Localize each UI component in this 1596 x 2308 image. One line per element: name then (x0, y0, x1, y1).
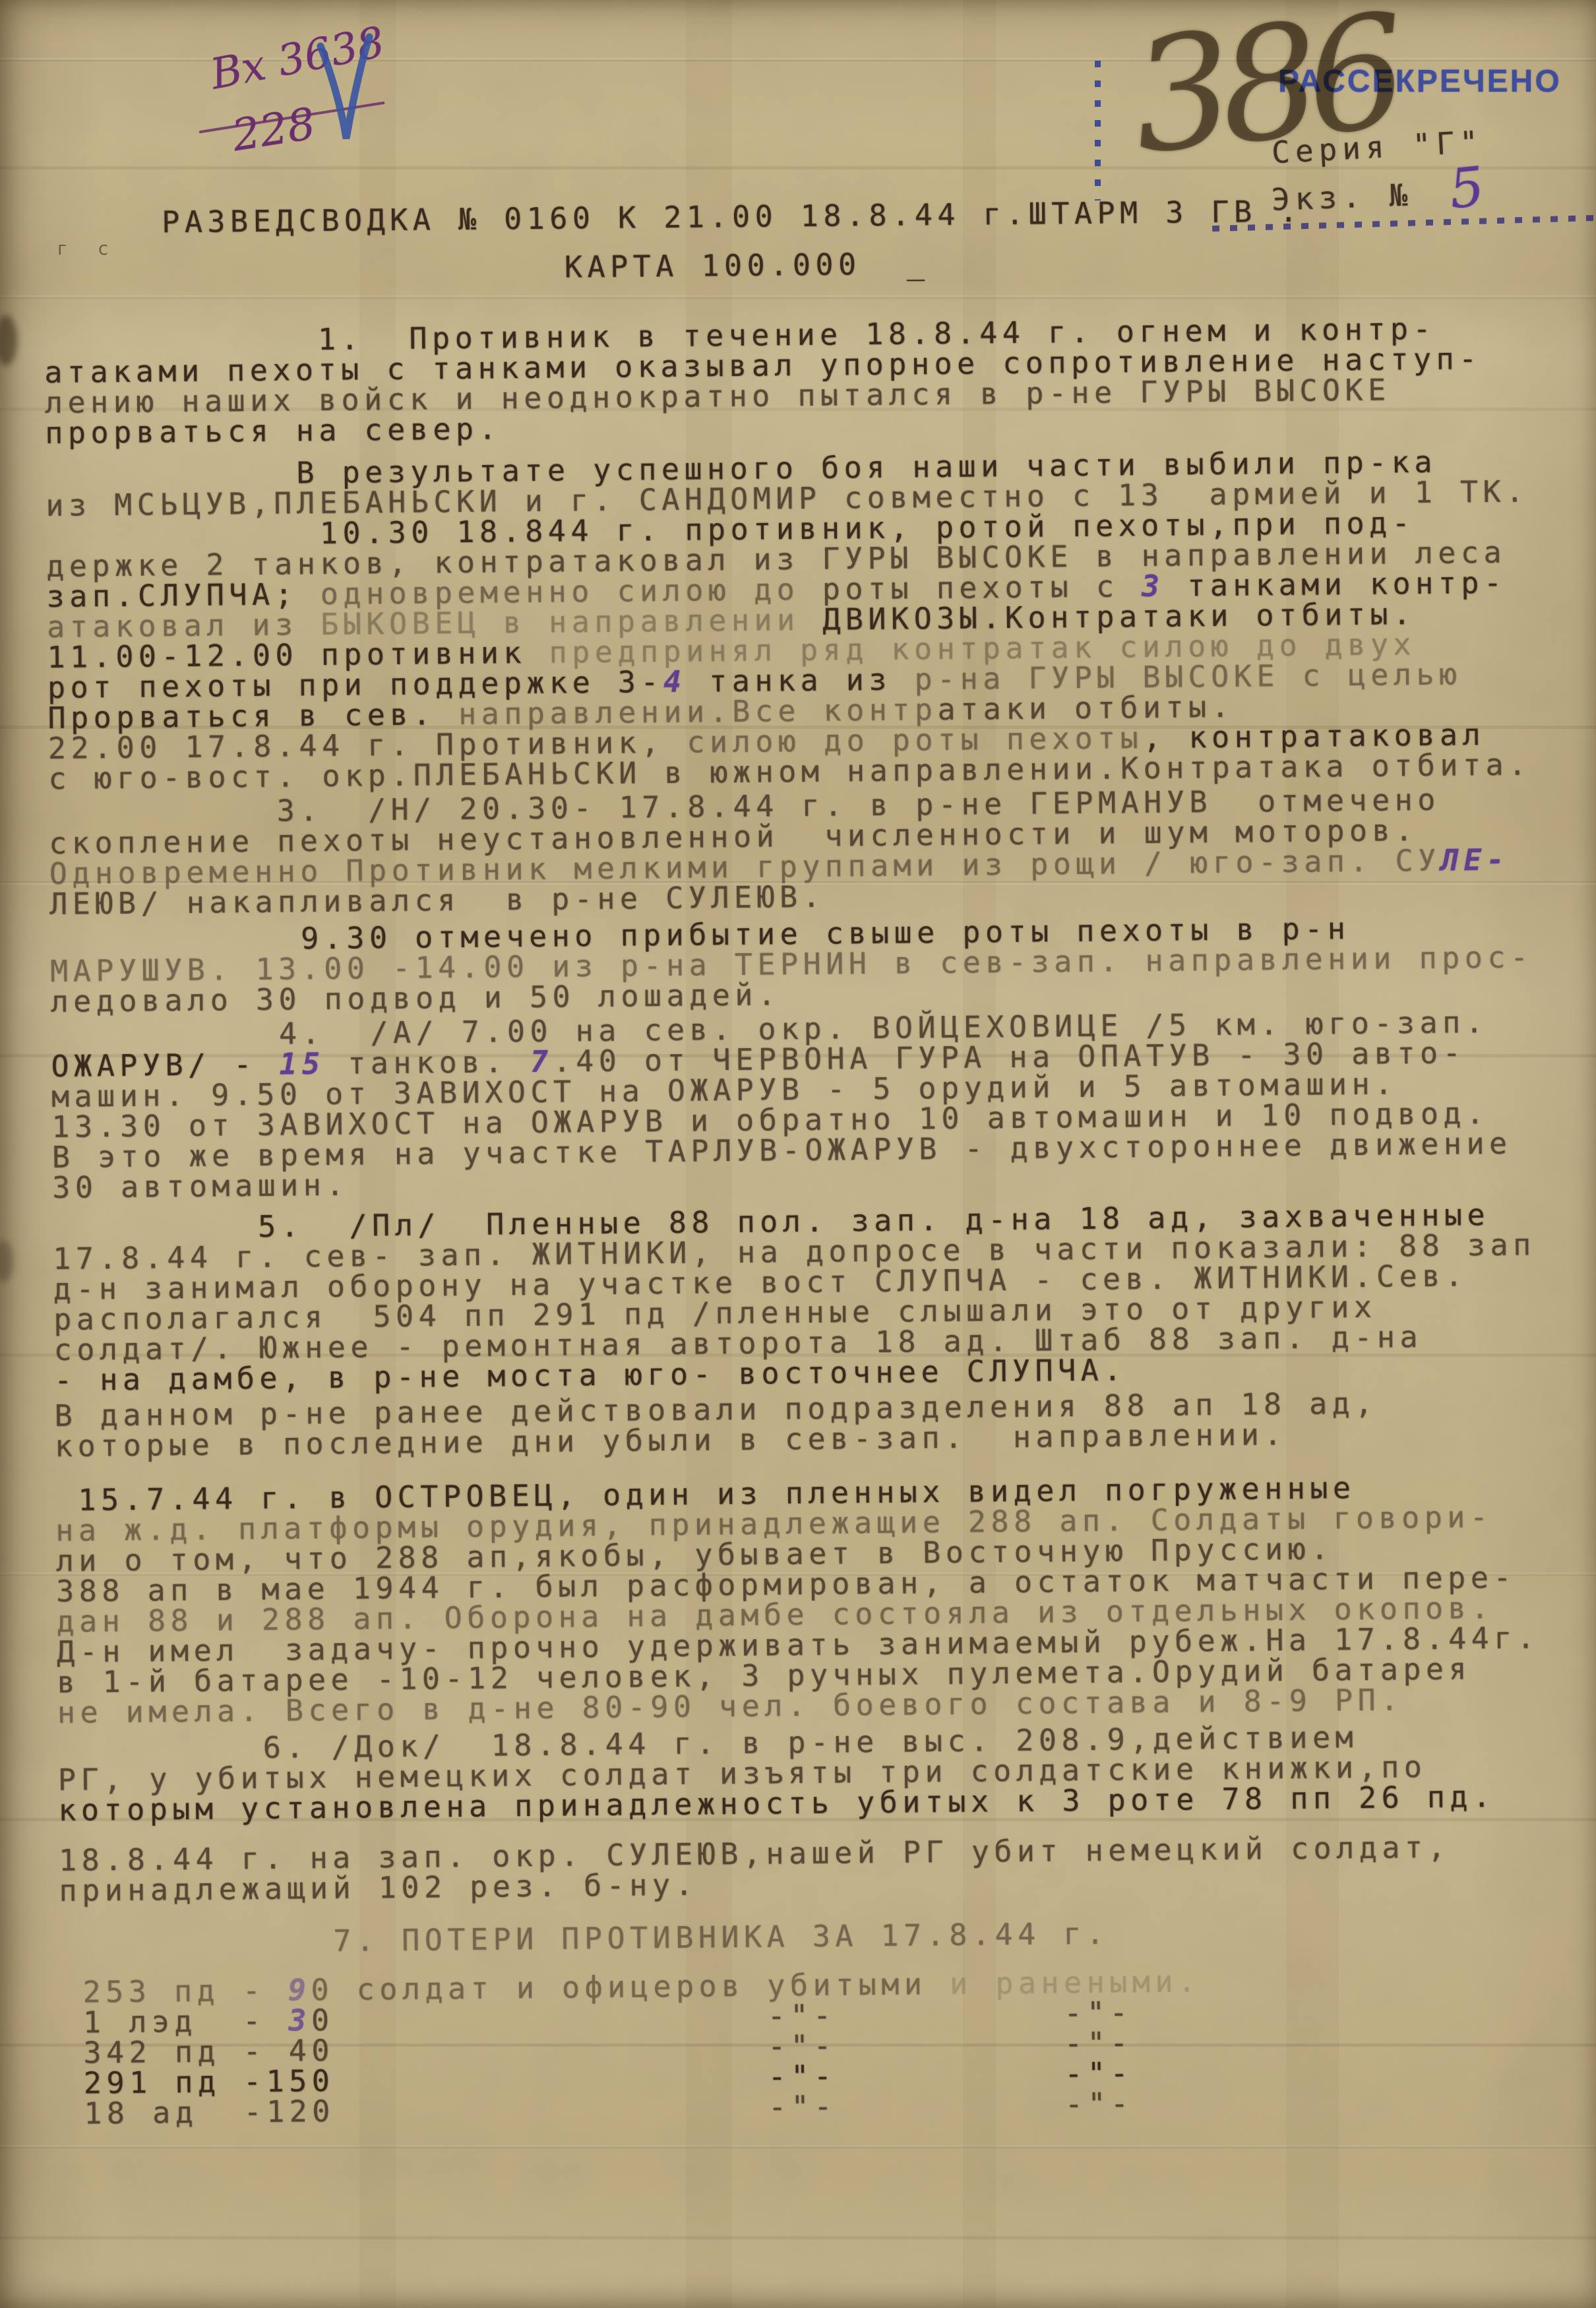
typed-content: РАЗВЕДСВОДКА № 0160 К 21.00 18.8.44 г.ШТ… (43, 194, 1596, 2129)
paper-crease (0, 2236, 1596, 2239)
paper-smudge (0, 1240, 13, 1282)
paper-smudge (0, 315, 17, 365)
paper-crease (0, 2145, 1596, 2148)
copy-number-handwriting: 5 (1446, 156, 1487, 222)
incoming-copy-handwriting: 228 (229, 98, 319, 162)
checkmark-icon (315, 32, 394, 150)
document-scan: Вх 3638 228 386 РАССЕКРЕЧЕНО Серия "Г" Э… (0, 0, 1596, 2308)
map-scale: КАРТА 100.000 _ (565, 243, 1587, 283)
pencil-number-handwriting: 386 (1126, 0, 1401, 174)
report-body: 1. Противник в течение 18.8.44 г. огнем … (44, 313, 1596, 2129)
paper-crease (0, 166, 1596, 170)
typed-line: 7. ПОТЕРИ ПРОТИВНИКА ЗА 17.8.44 г. (59, 1914, 1596, 1958)
dotted-line-vertical (1095, 61, 1101, 201)
copy-label: Экз. № (1271, 177, 1413, 217)
